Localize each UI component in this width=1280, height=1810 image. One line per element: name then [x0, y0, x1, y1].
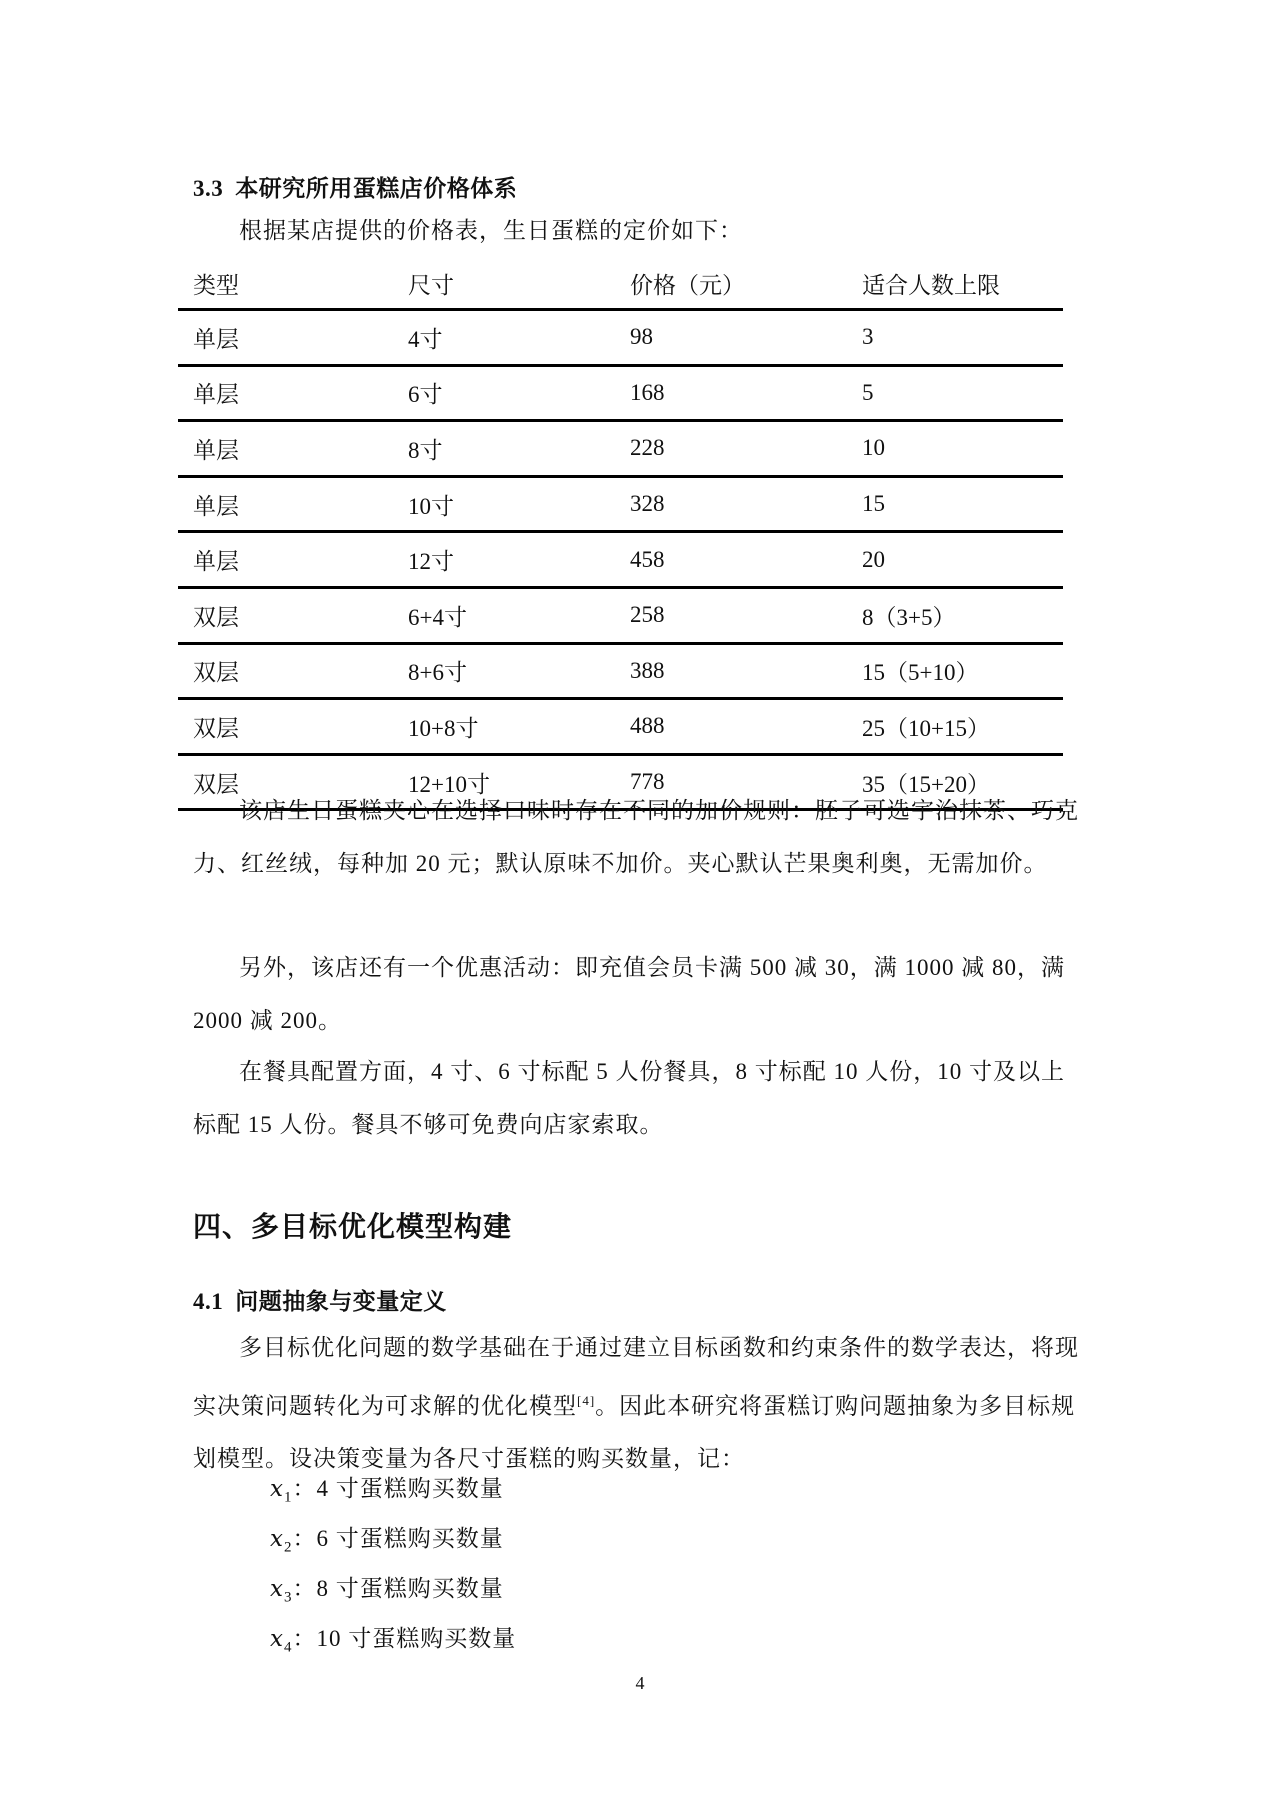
table-header-row: 类型 尺寸 价格（元） 适合人数上限	[178, 258, 1063, 310]
header-price: 价格（元）	[615, 258, 847, 310]
table-row: 单层6寸1685	[178, 365, 1063, 421]
page-number: 4	[0, 1673, 1280, 1694]
variable-definition: x2：6 寸蛋糕购买数量	[270, 1520, 504, 1557]
header-size: 尺寸	[393, 258, 615, 310]
section-title: 本研究所用蛋糕店价格体系	[235, 176, 517, 201]
table-row: 双层6+4寸2588（3+5）	[178, 587, 1063, 643]
header-capacity: 适合人数上限	[847, 258, 1063, 310]
variable-definition: x3：8 寸蛋糕购买数量	[270, 1570, 504, 1607]
table-row: 单层12寸45820	[178, 532, 1063, 588]
header-type: 类型	[178, 258, 393, 310]
table-row: 双层8+6寸38815（5+10）	[178, 643, 1063, 699]
citation-ref[interactable]: [4]	[577, 1393, 595, 1408]
section-heading-4-1: 4.1问题抽象与变量定义	[193, 1283, 447, 1316]
table-row: 单层10寸32815	[178, 476, 1063, 532]
discount-paragraph: 另外，该店还有一个优惠活动：即充值会员卡满 500 减 30，满 1000 减 …	[193, 942, 1083, 1047]
document-page: 3.3本研究所用蛋糕店价格体系 根据某店提供的价格表，生日蛋糕的定价如下： 类型…	[0, 0, 1280, 1810]
model-intro-paragraph: 多目标优化问题的数学基础在于通过建立目标函数和约束条件的数学表达，将现实决策问题…	[193, 1322, 1083, 1485]
section-title: 问题抽象与变量定义	[235, 1289, 447, 1314]
table-row: 双层10+8寸48825（10+15）	[178, 699, 1063, 755]
variable-definition: x4：10 寸蛋糕购买数量	[270, 1620, 516, 1657]
variable-definition: x1：4 寸蛋糕购买数量	[270, 1470, 504, 1507]
price-table: 类型 尺寸 价格（元） 适合人数上限 单层4寸983 单层6寸1685 单层8寸…	[178, 258, 1063, 811]
table-row: 单层4寸983	[178, 310, 1063, 366]
flavor-pricing-paragraph: 该店生日蛋糕夹心在选择口味时存在不同的加价规则：胚子可选宇治抹茶、巧克力、红丝绒…	[193, 785, 1083, 890]
section-heading-3-3: 3.3本研究所用蛋糕店价格体系	[193, 170, 517, 203]
chapter-heading-4: 四、多目标优化模型构建	[193, 1205, 512, 1245]
table-intro-paragraph: 根据某店提供的价格表，生日蛋糕的定价如下：	[193, 205, 1083, 258]
tableware-paragraph: 在餐具配置方面，4 寸、6 寸标配 5 人份餐具，8 寸标配 10 人份，10 …	[193, 1046, 1083, 1151]
table-row: 单层8寸22810	[178, 421, 1063, 477]
